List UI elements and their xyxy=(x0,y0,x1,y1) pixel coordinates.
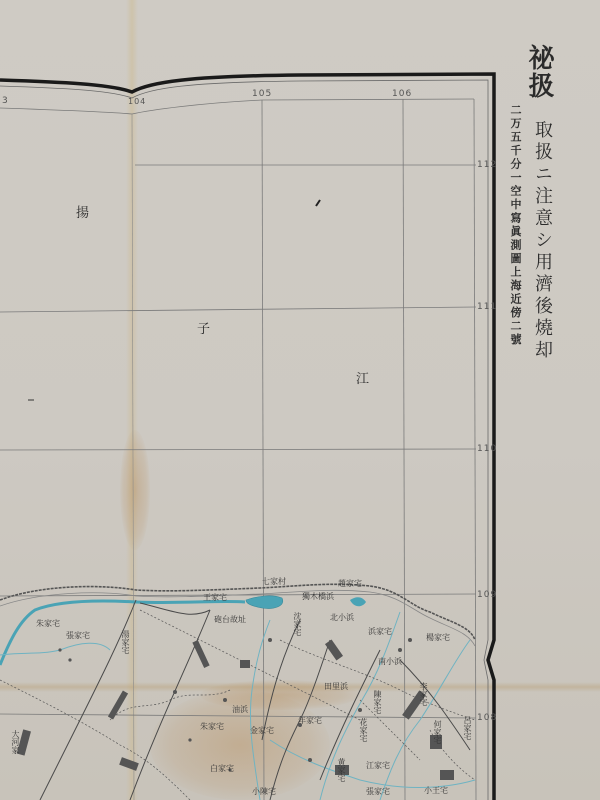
grid-line-104 xyxy=(132,114,134,800)
place-label: 白家宅 xyxy=(210,763,234,774)
classification-mark: 祕扱 xyxy=(526,44,552,100)
map-title: 二万五千分一空中寫眞測圖上海近傍二號 xyxy=(510,104,521,347)
pond-small xyxy=(350,597,366,606)
place-label: 獨木橋浜 xyxy=(302,591,334,602)
place-label: 江家宅 xyxy=(366,760,390,771)
place-label: 小陳宅 xyxy=(252,786,276,797)
place-label: 大河家 xyxy=(10,730,21,754)
grid-label-top: 105 xyxy=(252,89,272,99)
place-label: 小王宅 xyxy=(424,785,448,796)
grid-line-105 xyxy=(262,100,264,800)
grid-line-right xyxy=(474,99,476,800)
grid-label-top: 104 xyxy=(128,97,146,106)
place-label: 張家宅 xyxy=(66,630,90,641)
place-label: 田里浜 xyxy=(324,681,348,692)
river-label: 揚 xyxy=(76,202,89,221)
place-label: 年家宅 xyxy=(298,715,322,726)
place-label: 陳家宅 xyxy=(372,690,383,714)
place-label: 花家宅 xyxy=(358,718,369,742)
place-label: 北小浜 xyxy=(330,612,354,623)
handling-notice: 取扱ニ注意シ用濟後燒却 xyxy=(533,120,551,362)
place-label: 沈家宅 xyxy=(292,612,303,636)
grid-label-top: 106 xyxy=(392,89,412,99)
place-label: 王家宅 xyxy=(203,592,227,603)
place-label: 砲台故址 xyxy=(214,614,246,625)
map-border-inner xyxy=(0,80,488,800)
place-label: 湯家宅 xyxy=(120,630,131,654)
stream xyxy=(0,643,110,655)
place-label: 何家宅 xyxy=(432,720,443,744)
grid-label-right: 108 xyxy=(477,713,497,723)
grid-label-right: 112 xyxy=(477,160,497,170)
place-label: 張家宅 xyxy=(366,786,390,797)
place-label: 南小浜 xyxy=(378,656,402,667)
ink-spot xyxy=(316,200,320,206)
grid-label-right: 110 xyxy=(477,444,497,454)
grid-line-110 xyxy=(0,449,476,450)
river-label: 江 xyxy=(356,368,369,387)
grid-label-right: 111 xyxy=(477,302,497,312)
place-label: 楊家宅 xyxy=(426,632,450,643)
place-label: 油浜 xyxy=(232,704,248,715)
place-label: 呂家宅 xyxy=(462,716,473,740)
place-label: 浜家宅 xyxy=(368,626,392,637)
pond xyxy=(246,596,283,609)
place-label: 黄家宅 xyxy=(336,758,347,782)
place-label: 李家宅 xyxy=(418,682,429,706)
grid-label-right: 109 xyxy=(477,590,497,600)
grid-label-top: 3 xyxy=(2,96,9,106)
river-label: 子 xyxy=(197,318,210,337)
place-label: 趙家宅 xyxy=(338,578,362,589)
place-label: 朱家宅 xyxy=(36,618,60,629)
place-label: 朱家宅 xyxy=(200,721,224,732)
stream xyxy=(250,620,270,800)
place-label: 七家村 xyxy=(262,576,286,587)
place-label: 金家宅 xyxy=(250,725,274,736)
grid-line-111 xyxy=(0,307,476,312)
